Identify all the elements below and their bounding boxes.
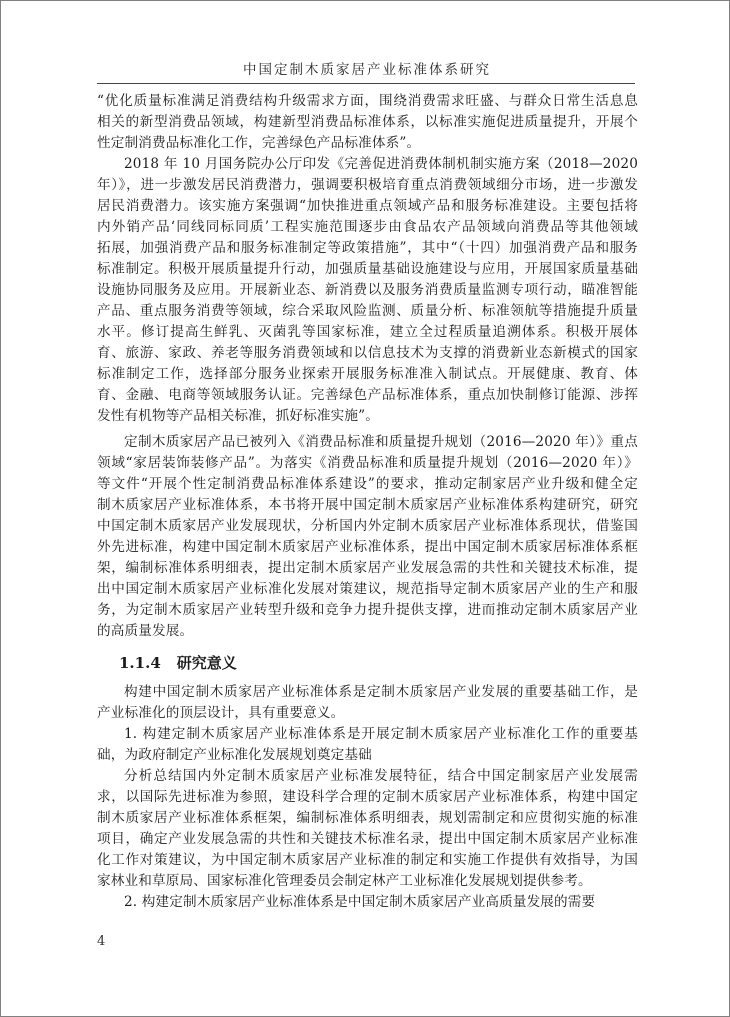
paragraph-line: 性定制消费品标准化工作，完善绿色产品标准体系”。 [97, 133, 638, 154]
paragraph-line: 居民消费潜力。该实施方案强调“加快推进重点领域产品和服务标准建设。主要包括将 [97, 196, 638, 217]
paragraph-line: 项目，确定产业发展急需的共性和关键技术标准名录，提出中国定制木质家居产业标准 [97, 829, 638, 850]
paragraph-line: 2. 构建定制木质家居产业标准体系是中国定制木质家居产业高质量发展的需要 [124, 892, 638, 913]
paragraph-line: 制木质家居产业标准体系，本书将开展中国定制木质家居产业标准体系构建研究，研究 [97, 495, 638, 516]
paragraph-line: 等文件“开展个性定制消费品标准体系建设”的要求，推动定制家居产业升级和健全定 [97, 474, 638, 495]
paragraph-line: 发性有机物等产品相关标准，抓好标准实施”。 [97, 406, 638, 427]
paragraph-line: 求，以国际先进标准为参照，建设科学合理的定制木质家居产业标准体系，构建中国定 [97, 787, 638, 808]
document-page: 中国定制木质家居产业标准体系研究 “优化质量标准满足消费结构升级需求方面，围绕消… [0, 0, 730, 1017]
paragraph-line: 外先进标准，构建中国定制木质家居产业标准体系，提出中国定制木质家居标准体系框 [97, 537, 638, 558]
paragraph-line: 架，编制标准体系明细表，提出定制木质家居产业发展急需的共性和关键技术标准，提 [97, 558, 638, 579]
paragraph-line: 产品、重点服务消费等领域，综合采取风险监测、质量分析、标准领航等措施提升质量 [97, 301, 638, 322]
paragraph-line: 制木质家居产业标准体系框架，编制标准体系明细表，规划需制定和应贯彻实施的标准 [97, 808, 638, 829]
section-number: 1.1.4 [119, 654, 161, 672]
running-header: 中国定制木质家居产业标准体系研究 [97, 58, 637, 78]
paragraph-line: 内外销产品‘同线同标同质’工程实施范围逐步由食品农产品领域向消费品等其他领域 [97, 217, 638, 238]
paragraph-line: 构建中国定制木质家居产业标准体系是定制木质家居产业发展的重要基础工作，是 [124, 682, 638, 703]
section-title: 研究意义 [177, 654, 237, 672]
paragraph-line: 1. 构建定制木质家居产业标准体系是开展定制木质家居产业标准化工作的重要基 [124, 724, 638, 745]
paragraph-line: 2018 年 10 月国务院办公厅印发《完善促进消费体制机制实施方案（2018—… [124, 154, 638, 175]
paragraph-line: 务，为定制木质家居产业转型升级和竞争力提升提供支撑，进而推动定制木质家居产业 [97, 600, 638, 621]
paragraph-line: 出中国定制木质家居产业标准化发展对策建议，规范指导定制木质家居产业的生产和服 [97, 579, 638, 600]
paragraph-line: 标准制定。积极开展质量提升行动，加强质量基础设施建设与应用，开展国家质量基础 [97, 259, 638, 280]
paragraph-line: 的高质量发展。 [97, 621, 638, 642]
paragraph-line: 相关的新型消费品领域，构建新型消费品标准体系，以标准实施促进质量提升，开展个 [97, 112, 638, 133]
paragraph-line: 水平。修订提高生鲜乳、灭菌乳等国家标准，建立全过程质量追溯体系。积极开展体 [97, 322, 638, 343]
paragraph-line: 育、金融、电商等领域服务认证。完善绿色产品标准体系，重点加快制修订能源、涉挥 [97, 385, 638, 406]
header-rule [97, 83, 635, 84]
paragraph-line: 年）》，进一步激发居民消费潜力，强调要积极培育重点消费领域细分市场，进一步激发 [97, 175, 638, 196]
paragraph-line: 设施协同服务及应用。开展新业态、新消费以及服务消费质量监测专项行动，瞄准智能 [97, 280, 638, 301]
paragraph-line: 分析总结国内外定制木质家居产业标准发展特征，结合中国定制家居产业发展需 [124, 766, 638, 787]
paragraph-line: 化工作对策建议，为中国定制木质家居产业标准的制定和实施工作提供有效指导，为国 [97, 850, 638, 871]
paragraph-line: 拓展，加强消费产品和服务标准制定等政策措施”，其中“（十四）加强消费产品和服务 [97, 238, 638, 259]
paragraph-line: 产业标准化的顶层设计，具有重要意义。 [97, 703, 638, 724]
paragraph-line: 家林业和草原局、国家标准化管理委员会制定林产工业标准化发展规划提供参考。 [97, 871, 638, 892]
section-heading: 1.1.4研究意义 [119, 652, 237, 674]
paragraph-line: 定制木质家居产品已被列入《消费品标准和质量提升规划（2016—2020 年）》重… [124, 432, 638, 453]
paragraph-line: 标准制定工作，选择部分服务业探索开展服务标准准入制试点。开展健康、教育、体 [97, 364, 638, 385]
page-number: 4 [97, 934, 105, 949]
paragraph-line: 础，为政府制定产业标准化发展规划奠定基础 [97, 745, 638, 766]
paragraph-line: 中国定制木质家居产业发展现状，分析国内外定制木质家居产业标准体系现状，借鉴国 [97, 516, 638, 537]
paragraph-line: 领域“家居装饰装修产品”。为落实《消费品标准和质量提升规划（2016—2020 … [97, 453, 638, 474]
paragraph-line: “优化质量标准满足消费结构升级需求方面，围绕消费需求旺盛、与群众日常生活息息 [97, 91, 638, 112]
paragraph-line: 育、旅游、家政、养老等服务消费领域和以信息技术为支撑的消费新业态新模式的国家 [97, 343, 638, 364]
